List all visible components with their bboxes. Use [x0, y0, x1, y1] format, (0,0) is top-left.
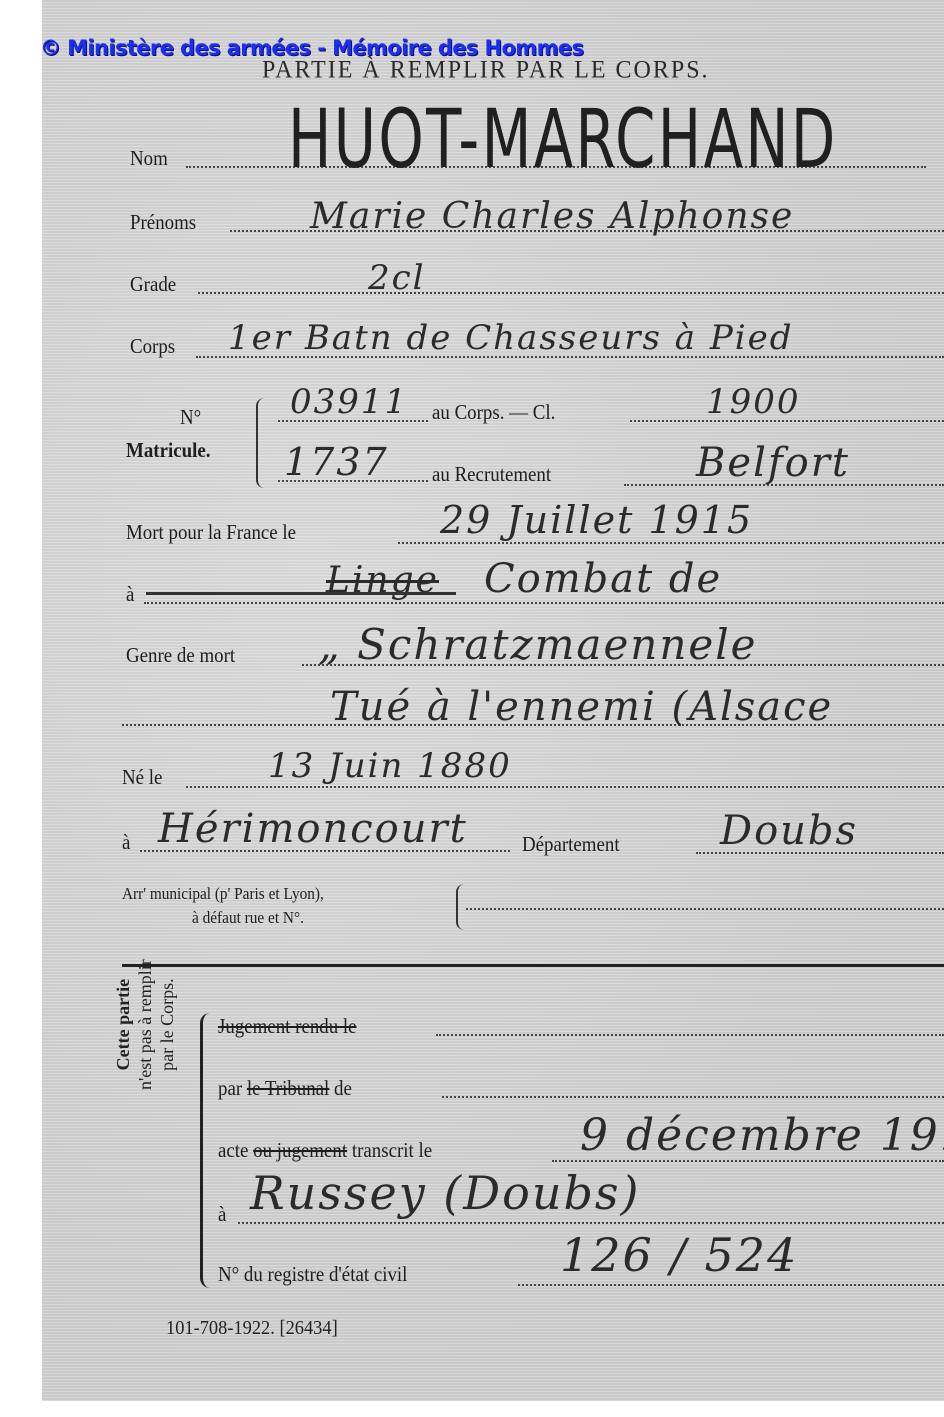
- grade-value: 2cl: [368, 258, 426, 298]
- classe-value: 1900: [706, 382, 801, 422]
- ne-a-label: à: [122, 830, 130, 855]
- genre-mort-label: Genre de mort: [126, 643, 235, 668]
- acte-label-end: transcrit le: [352, 1138, 432, 1162]
- acte-label-start: acte: [218, 1138, 248, 1162]
- nom-label: Nom: [130, 146, 168, 171]
- matricule-recrutement-number: 1737: [284, 440, 389, 484]
- transcription-a-label: à: [218, 1202, 226, 1227]
- copyright-watermark: © Ministère des armées - Mémoire des Hom…: [40, 36, 583, 60]
- ne-le-dotted-line: [186, 786, 944, 788]
- registre-dotted-line: [518, 1284, 944, 1286]
- mort-a-dotted-line: [144, 602, 944, 604]
- jugement-label: Jugement rendu le: [218, 1014, 357, 1039]
- mort-le-label: Mort pour la France le: [126, 520, 296, 545]
- side-note-line2: n'est pas à remplir: [134, 959, 156, 1090]
- matricule-label: Matricule.: [126, 438, 210, 463]
- jugement-dotted-line: [436, 1034, 944, 1036]
- arrondissement-label-line1: Arr' municipal (p' Paris et Lyon),: [122, 884, 324, 904]
- arrondissement-brace: [456, 884, 468, 930]
- genre-mort-line2: Tué à l'ennemi (Alsace: [330, 684, 833, 730]
- grade-dotted-line: [198, 292, 944, 294]
- mort-le-value: 29 Juillet 1915: [440, 498, 753, 542]
- arrondissement-dotted-line: [466, 908, 944, 910]
- genre-mort-line1: „ Schratzmaennele: [318, 620, 758, 669]
- prenoms-label: Prénoms: [130, 210, 196, 235]
- par-label-start: par: [218, 1076, 242, 1100]
- side-note-line1: Cette partie: [112, 959, 134, 1090]
- side-note-line3: par le Corps.: [156, 959, 178, 1090]
- form-reference: 101-708-1922. [26434]: [166, 1317, 338, 1340]
- mort-le-dotted-line: [398, 542, 944, 544]
- acte-label: acte ou jugement transcrit le: [218, 1138, 432, 1163]
- par-label-end: de: [334, 1076, 352, 1100]
- arrondissement-label-line2: à défaut rue et N°.: [192, 908, 304, 928]
- acte-struck: ou jugement: [253, 1138, 347, 1162]
- section-divider: [122, 964, 944, 967]
- acte-value: 9 décembre 1915: [580, 1110, 944, 1161]
- section-brace: [200, 1013, 211, 1288]
- nom-value: HUOT-MARCHAND: [288, 92, 838, 187]
- registre-value: 126 / 524: [560, 1228, 798, 1282]
- mort-a-label: à: [126, 582, 134, 607]
- ne-le-label: Né le: [122, 765, 162, 790]
- par-label: par le Tribunal de: [218, 1076, 352, 1101]
- recrutement-value: Belfort: [696, 440, 850, 486]
- registre-label: N° du registre d'état civil: [218, 1262, 407, 1287]
- matricule-corps-label: au Corps. — Cl.: [432, 400, 555, 425]
- par-dotted-line: [442, 1096, 944, 1098]
- ne-le-value: 13 Juin 1880: [268, 746, 512, 786]
- matricule-brace: [256, 398, 268, 488]
- transcription-a-dotted-line: [238, 1222, 944, 1224]
- strike-line: [146, 592, 456, 595]
- corps-value: 1er Batn de Chasseurs à Pied: [228, 318, 793, 358]
- par-struck: le Tribunal: [247, 1076, 329, 1100]
- departement-label: Département: [522, 832, 620, 857]
- grade-label: Grade: [130, 272, 176, 297]
- ne-a-value: Hérimoncourt: [158, 806, 468, 852]
- departement-value: Doubs: [720, 808, 858, 854]
- transcription-a-value: Russey (Doubs): [250, 1166, 640, 1220]
- matricule-recrutement-label: au Recrutement: [432, 462, 551, 487]
- matricule-no-label: N°: [180, 405, 201, 430]
- form-heading: PARTIE À REMPLIR PAR LE CORPS.: [262, 56, 710, 84]
- matricule-corps-number: 03911: [290, 382, 408, 422]
- corps-label: Corps: [130, 334, 175, 359]
- side-note: Cette partie n'est pas à remplir par le …: [112, 959, 178, 1090]
- prenoms-value: Marie Charles Alphonse: [310, 196, 794, 237]
- mort-a-value: Combat de: [484, 556, 722, 602]
